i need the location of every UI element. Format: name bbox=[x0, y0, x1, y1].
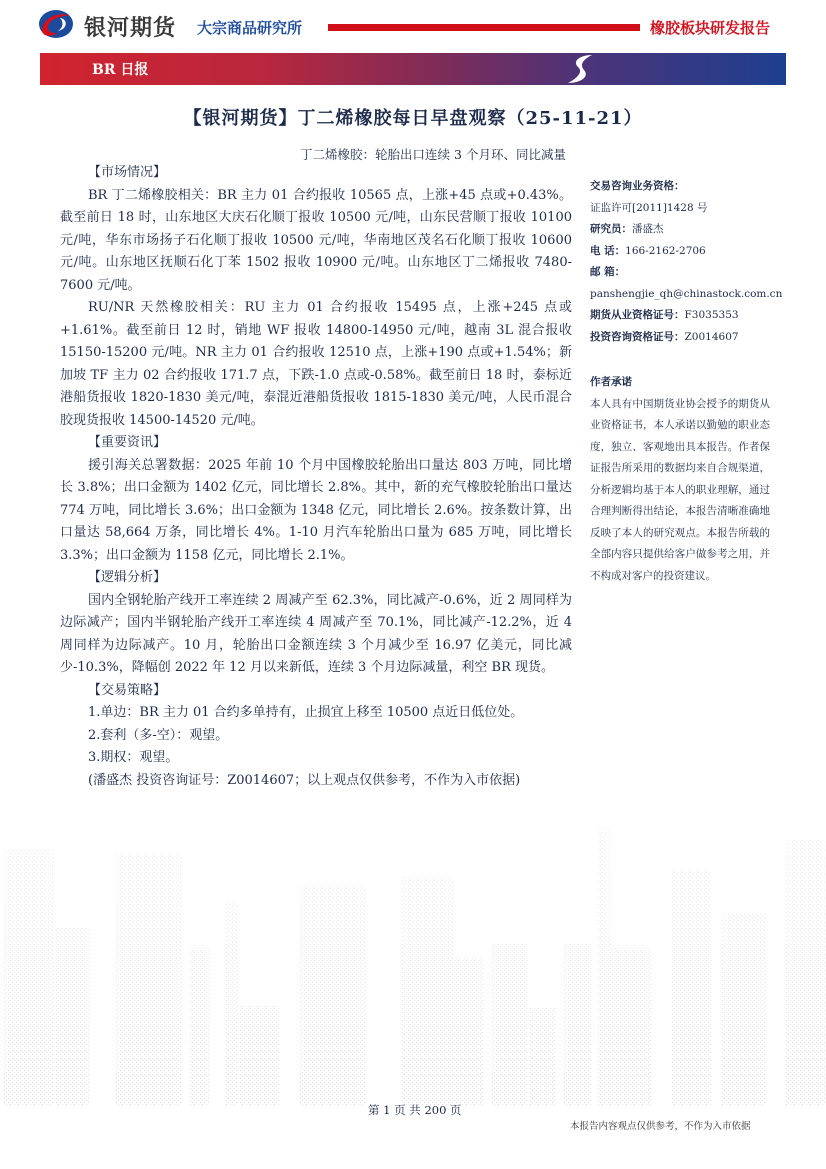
main-content: 【市场情况】 BR 丁二烯橡胶相关：BR 主力 01 合约报收 10565 点，… bbox=[60, 162, 572, 792]
phone-label: 电 话： bbox=[590, 245, 625, 257]
strategy-item-single: 1.单边：BR 主力 01 合约多单持有，止损宜上移至 10500 点近日低位处… bbox=[60, 702, 572, 725]
analyst-sidebar: 交易咨询业务资格： 证监许可[2011]1428 号 研究员：潘盛杰 电 话：1… bbox=[590, 176, 780, 587]
section-heading-strategy: 【交易策略】 bbox=[60, 680, 572, 703]
email-label: 邮 箱： bbox=[590, 266, 625, 278]
section-heading-market: 【市场情况】 bbox=[60, 162, 572, 185]
document-subtitle: 丁二烯橡胶：轮胎出口连续 3 个月环、同比减量 bbox=[0, 145, 826, 163]
qualification-value: 证监许可[2011]1428 号 bbox=[590, 198, 780, 220]
company-logo-text: 银河期货 bbox=[84, 11, 176, 42]
invest-cert-value: Z0014607 bbox=[685, 331, 739, 343]
strategy-item-options: 3.期权：观望。 bbox=[60, 747, 572, 770]
paragraph-ru-nr-market: RU/NR 天然橡胶相关：RU 主力 01 合约报收 15495 点，上涨+24… bbox=[60, 297, 572, 432]
author-promise-heading: 作者承诺 bbox=[590, 372, 780, 394]
footer-disclaimer: 本报告内容观点仅供参考，不作为入市依据 bbox=[570, 1118, 751, 1132]
institute-name: 大宗商品研究所 bbox=[197, 17, 302, 38]
swirl-logo-icon bbox=[562, 53, 602, 85]
report-banner: BR 日报 bbox=[40, 53, 786, 85]
report-type-label: 橡胶板块研发报告 bbox=[650, 17, 770, 38]
researcher-label: 研究员： bbox=[590, 223, 632, 235]
paragraph-analysis: 国内全钢轮胎产线开工率连续 2 周减产至 62.3%，同比减产-0.6%，近 2… bbox=[60, 590, 572, 680]
futures-cert-label: 期货从业资格证号： bbox=[590, 309, 685, 321]
skyline-watermark bbox=[0, 810, 826, 1105]
researcher-value: 潘盛杰 bbox=[632, 223, 664, 235]
strategy-item-arbitrage: 2.套利（多-空）：观望。 bbox=[60, 725, 572, 748]
strategy-disclaimer: (潘盛杰 投资咨询证号：Z0014607；以上观点仅供参考，不作为入市依据) bbox=[60, 770, 572, 793]
email-value[interactable]: panshengjie_qh@chinastock.com.cn bbox=[590, 284, 780, 306]
phone-value: 166-2162-2706 bbox=[625, 245, 706, 257]
report-header: 银河期货 大宗商品研究所 橡胶板块研发报告 bbox=[0, 0, 826, 52]
qualification-label: 交易咨询业务资格： bbox=[590, 180, 685, 192]
paragraph-news: 援引海关总署数据：2025 年前 10 个月中国橡胶轮胎出口量达 803 万吨，… bbox=[60, 455, 572, 568]
galaxy-logo-icon bbox=[38, 9, 74, 39]
page-number: 第 1 页 共 200 页 bbox=[368, 1102, 462, 1118]
document-title: 【银河期货】丁二烯橡胶每日早盘观察（25-11-21） bbox=[0, 104, 826, 130]
banner-label: BR 日报 bbox=[92, 59, 148, 79]
invest-cert-label: 投资咨询资格证号： bbox=[590, 331, 685, 343]
header-red-rule bbox=[328, 24, 640, 31]
section-heading-analysis: 【逻辑分析】 bbox=[60, 567, 572, 590]
futures-cert-value: F3035353 bbox=[685, 309, 739, 321]
author-promise-text: 本人具有中国期货业协会授予的期货从业资格证书，本人承诺以勤勉的职业态度，独立、客… bbox=[590, 394, 770, 588]
section-heading-news: 【重要资讯】 bbox=[60, 432, 572, 455]
paragraph-br-market: BR 丁二烯橡胶相关：BR 主力 01 合约报收 10565 点，上涨+45 点… bbox=[60, 185, 572, 298]
